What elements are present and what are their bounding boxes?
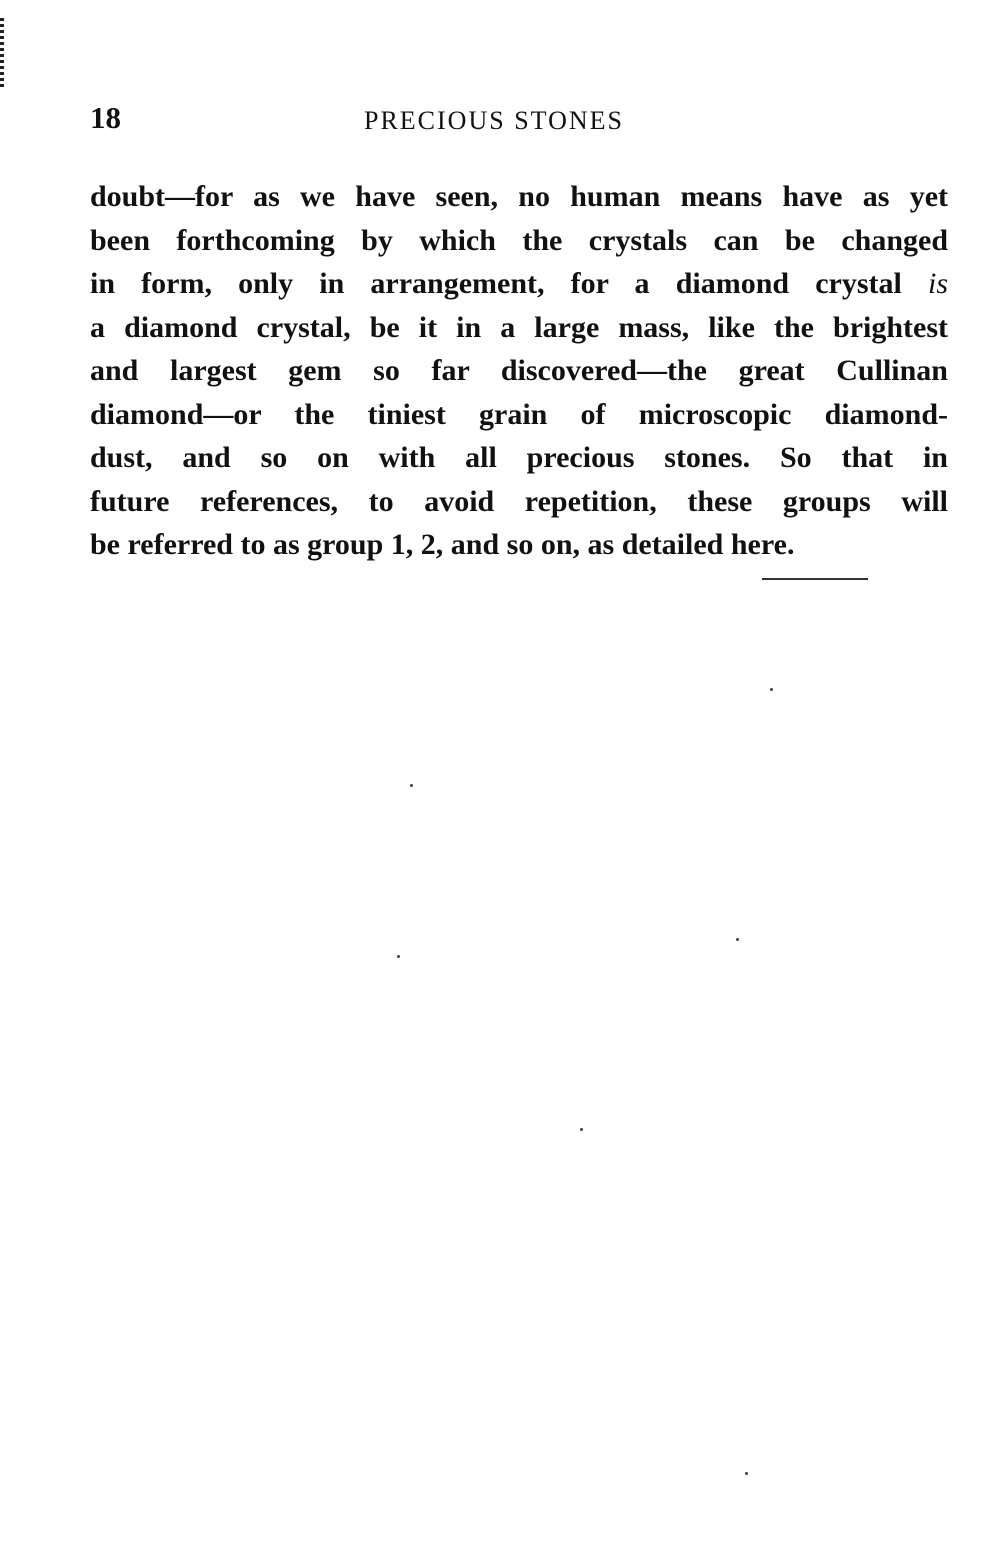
text-line: doubt—for as we have seen, no human mean… bbox=[90, 175, 948, 219]
text-line: been forthcoming by which the crystals c… bbox=[90, 219, 948, 263]
scan-speck bbox=[580, 1128, 583, 1131]
text-line: dust, and so on with all precious stones… bbox=[90, 436, 948, 480]
text-line: and largest gem so far discovered—the gr… bbox=[90, 349, 948, 393]
page-number: 18 bbox=[90, 100, 121, 136]
scan-speck bbox=[736, 938, 739, 941]
section-end-rule bbox=[762, 578, 868, 580]
scan-edge-mark bbox=[0, 18, 4, 88]
text-line: in form, only in arrangement, for a diam… bbox=[90, 262, 948, 306]
scan-speck bbox=[397, 955, 400, 958]
scan-speck bbox=[745, 1472, 748, 1475]
body-paragraph: doubt—for as we have seen, no human mean… bbox=[90, 175, 948, 567]
text-line: future references, to avoid repetition, … bbox=[90, 480, 948, 524]
italic-word: is bbox=[928, 267, 948, 300]
scan-speck bbox=[410, 784, 413, 787]
text-line: a diamond crystal, be it in a large mass… bbox=[90, 306, 948, 350]
running-head: 18 PRECIOUS STONES bbox=[90, 100, 950, 140]
text-line: be referred to as group 1, 2, and so on,… bbox=[90, 523, 948, 567]
text-line: diamond—or the tiniest grain of microsco… bbox=[90, 393, 948, 437]
text-line-content: in form, only in arrangement, for a diam… bbox=[90, 267, 902, 300]
running-title: PRECIOUS STONES bbox=[364, 106, 624, 136]
scan-speck bbox=[770, 688, 773, 691]
